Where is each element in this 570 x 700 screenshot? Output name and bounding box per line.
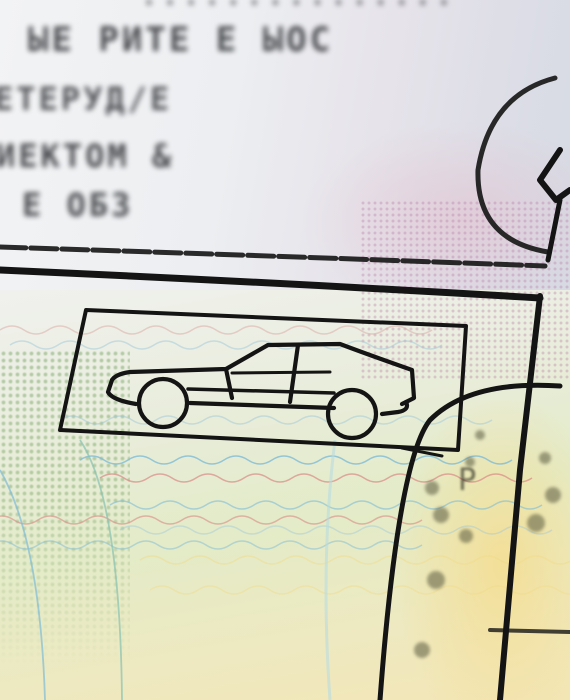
stamp-arc [478,78,555,252]
stamp-arc-lower [380,385,560,700]
stamp-letter: P [458,463,476,498]
heavy-rule [0,270,540,298]
ink-layer: P [0,0,570,700]
category-box [60,310,466,450]
licence-photo: ··············· ЫЕ РИТЕ Е ЫОС ЕТЕРУД/Е И… [0,0,570,700]
dashed-rule [0,247,545,266]
car-icon [108,344,414,438]
